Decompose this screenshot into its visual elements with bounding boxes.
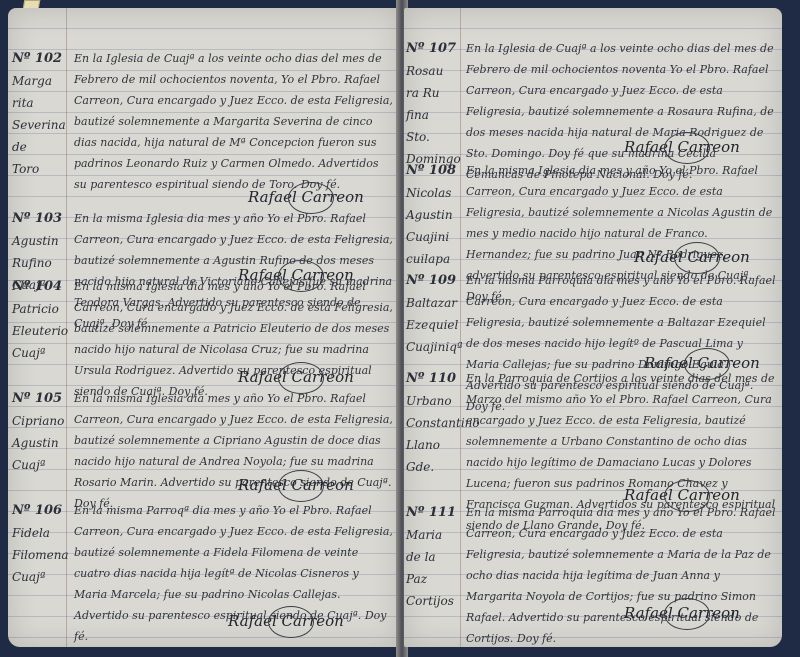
entry-text: En la misma Parroquia dia mes y año Yo e…	[466, 502, 776, 649]
signature: Rafael Carreon	[248, 188, 364, 206]
entry-number: Nº 108	[406, 160, 464, 182]
margin-name: Agustin	[406, 204, 464, 226]
margin-name: Nicolas	[406, 182, 464, 204]
entry-number: Nº 104	[12, 276, 70, 298]
entry-number: Nº 107	[406, 38, 464, 60]
margin-name: cuilapa	[406, 248, 464, 270]
margin-name: Cuajª	[12, 454, 70, 476]
margin-name: Severina	[12, 114, 70, 136]
left-page: Nº 102 Marga rita Severina de Toro En la…	[8, 8, 400, 647]
margin-name: Fidela	[12, 522, 70, 544]
signature: Rafael Carreon	[634, 248, 750, 266]
entry-number: Nº 105	[12, 388, 70, 410]
margin-name: Agustin	[12, 432, 70, 454]
margin-name: Marga	[12, 70, 70, 92]
margin-name: de la	[406, 546, 464, 568]
margin-name: Llano Gde.	[406, 434, 464, 478]
margin-name: de	[12, 136, 70, 158]
right-page: Nº 107 Rosau ra Ru fina Sto. Domingo En …	[404, 8, 782, 647]
margin-name: Cuajini	[406, 226, 464, 248]
margin-name: Maria	[406, 524, 464, 546]
signature: Rafael Carreon	[624, 604, 740, 622]
margin-name: Patricio	[12, 298, 70, 320]
margin-name: Filomena	[12, 544, 70, 566]
signature: Rafael Carreon	[228, 612, 344, 630]
entry-text: En la Iglesia de Cuajª a los veinte ocho…	[74, 48, 394, 195]
signature: Rafael Carreon	[238, 368, 354, 386]
margin-name: Cipriano	[12, 410, 70, 432]
signature: Rafael Carreon	[624, 138, 740, 156]
margin-name: Baltazar	[406, 292, 464, 314]
signature: Rafael Carreon	[238, 476, 354, 494]
margin-name: Cuajiniqª	[406, 336, 464, 358]
margin-name: Agustin	[12, 230, 70, 252]
margin-name: Rosau	[406, 60, 464, 82]
margin-name: Cuajª	[12, 566, 70, 588]
margin-name: Eleuterio	[12, 320, 70, 342]
margin-name: ra Ru	[406, 82, 464, 104]
entry-number: Nº 103	[12, 208, 70, 230]
entry-number: Nº 102	[12, 48, 70, 70]
margin-name: Paz	[406, 568, 464, 590]
margin-name: Urbano	[406, 390, 464, 412]
entry-number: Nº 109	[406, 270, 464, 292]
margin-name: Rufino	[12, 252, 70, 274]
entry-number: Nº 110	[406, 368, 464, 390]
margin-name: Cortijos	[406, 590, 464, 612]
entry-number: Nº 111	[406, 502, 464, 524]
margin-name: fina	[406, 104, 464, 126]
entry-number: Nº 106	[12, 500, 70, 522]
margin-name: Ezequiel	[406, 314, 464, 336]
margin-name: Constantino	[406, 412, 464, 434]
margin-name: Cuajª	[12, 342, 70, 364]
margin-name: Toro	[12, 158, 70, 180]
entry-text: En la misma Iglesia dia mes y año Yo el …	[74, 388, 394, 514]
margin-name: rita	[12, 92, 70, 114]
